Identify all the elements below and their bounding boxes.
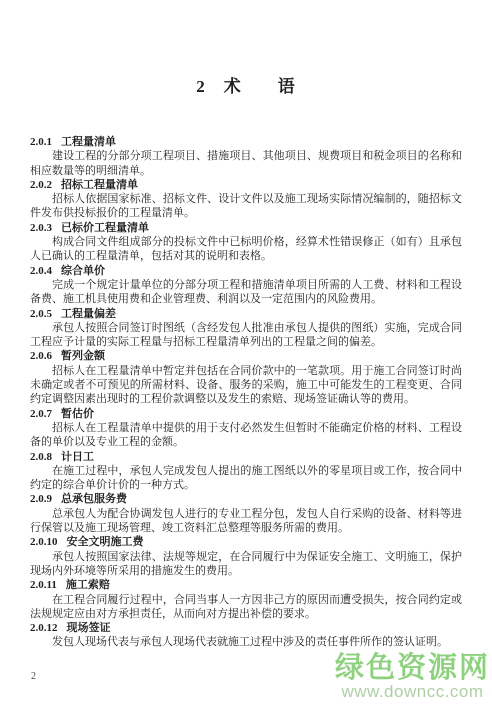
term-number: 2.0.6 xyxy=(30,350,52,362)
chapter-title: 2 术 语 xyxy=(0,0,492,97)
term-entry: 2.0.1工程量清单 建设工程的分部分项工程项目、措施项目、其他项目、规费项目和… xyxy=(30,135,462,178)
term-name: 已标价工程量清单 xyxy=(61,222,149,234)
term-definition: 完成一个规定计量单位的分部分项工程和措施清单项目所需的人工费、材料和工程设备费、… xyxy=(30,278,462,307)
term-definition: 总承包人为配合协调发包人进行的专业工程分包，发包人自行采购的设备、材料等进行保管… xyxy=(30,507,462,536)
term-heading: 2.0.9总承包服务费 xyxy=(30,492,462,506)
term-entry: 2.0.11施工索赔 在工程合同履行过程中，合同当事人一方因非己方的原因而遭受损… xyxy=(30,578,462,621)
term-name: 工程量清单 xyxy=(61,136,116,148)
term-number: 2.0.12 xyxy=(30,622,58,634)
term-number: 2.0.11 xyxy=(30,579,57,591)
term-definition: 在工程合同履行过程中，合同当事人一方因非己方的原因而遭受损失，按合同约定或法规规… xyxy=(30,593,462,622)
term-definition: 承包人按照国家法律、法规等规定，在合同履行中为保证安全施工、文明施工，保护现场内… xyxy=(30,550,462,579)
term-definition: 招标人在工程量清单中提供的用于支付必然发生但暂时不能确定价格的材料、工程设备的单… xyxy=(30,421,462,450)
document-page: 2 术 语 2.0.1工程量清单 建设工程的分部分项工程项目、措施项目、其他项目… xyxy=(0,0,492,704)
term-heading: 2.0.6暂列金额 xyxy=(30,349,462,363)
watermark-site-name: 绿色资源网 xyxy=(335,653,490,683)
term-entry: 2.0.2招标工程量清单 招标人依据国家标准、招标文件、设计文件以及施工现场实际… xyxy=(30,178,462,221)
term-name: 现场签证 xyxy=(67,622,111,634)
watermark: 绿色资源网 www.downcc.com xyxy=(335,653,490,701)
term-entry: 2.0.9总承包服务费 总承包人为配合协调发包人进行的专业工程分包，发包人自行采… xyxy=(30,492,462,535)
term-number: 2.0.5 xyxy=(30,308,52,320)
term-heading: 2.0.7暂估价 xyxy=(30,407,462,421)
term-number: 2.0.10 xyxy=(30,536,58,548)
term-number: 2.0.9 xyxy=(30,493,52,505)
term-heading: 2.0.4综合单价 xyxy=(30,264,462,278)
term-name: 招标工程量清单 xyxy=(61,179,138,191)
term-entry: 2.0.10安全文明施工费 承包人按照国家法律、法规等规定，在合同履行中为保证安… xyxy=(30,535,462,578)
term-definition: 招标人依据国家标准、招标文件、设计文件以及施工现场实际情况编制的，随招标文件发布… xyxy=(30,192,462,221)
term-definition: 构成合同文件组成部分的投标文件中已标明价格，经算术性错误修正（如有）且承包人已确… xyxy=(30,235,462,264)
term-name: 综合单价 xyxy=(61,265,105,277)
term-name: 施工索赔 xyxy=(66,579,110,591)
term-definition: 在施工过程中，承包人完成发包人提出的施工图纸以外的零星项目或工作，按合同中约定的… xyxy=(30,464,462,493)
term-heading: 2.0.11施工索赔 xyxy=(30,578,462,592)
term-entry: 2.0.6暂列金额 招标人在工程量清单中暂定并包括在合同价款中的一笔款项。用于施… xyxy=(30,349,462,406)
term-name: 总承包服务费 xyxy=(61,493,127,505)
term-heading: 2.0.3已标价工程量清单 xyxy=(30,221,462,235)
term-heading: 2.0.10安全文明施工费 xyxy=(30,535,462,549)
term-heading: 2.0.8计日工 xyxy=(30,450,462,464)
term-heading: 2.0.12现场签证 xyxy=(30,621,462,635)
term-definition: 发包人现场代表与承包人现场代表就施工过程中涉及的责任事件所作的签认证明。 xyxy=(30,635,462,649)
term-number: 2.0.2 xyxy=(30,179,52,191)
term-number: 2.0.8 xyxy=(30,451,52,463)
term-name: 安全文明施工费 xyxy=(67,536,144,548)
term-name: 暂列金额 xyxy=(61,350,105,362)
term-name: 工程量偏差 xyxy=(61,308,116,320)
term-heading: 2.0.2招标工程量清单 xyxy=(30,178,462,192)
term-heading: 2.0.5工程量偏差 xyxy=(30,307,462,321)
term-number: 2.0.3 xyxy=(30,222,52,234)
term-entry: 2.0.8计日工 在施工过程中，承包人完成发包人提出的施工图纸以外的零星项目或工… xyxy=(30,450,462,493)
term-definition: 招标人在工程量清单中暂定并包括在合同价款中的一笔款项。用于施工合同签订时尚未确定… xyxy=(30,364,462,407)
page-number: 2 xyxy=(31,671,36,682)
term-name: 计日工 xyxy=(61,451,94,463)
terms-list: 2.0.1工程量清单 建设工程的分部分项工程项目、措施项目、其他项目、规费项目和… xyxy=(0,135,492,650)
term-entry: 2.0.3已标价工程量清单 构成合同文件组成部分的投标文件中已标明价格，经算术性… xyxy=(30,221,462,264)
term-entry: 2.0.5工程量偏差 承包人按照合同签订时图纸（含经发包人批准由承包人提供的图纸… xyxy=(30,307,462,350)
term-name: 暂估价 xyxy=(61,408,94,420)
term-entry: 2.0.4综合单价 完成一个规定计量单位的分部分项工程和措施清单项目所需的人工费… xyxy=(30,264,462,307)
term-number: 2.0.1 xyxy=(30,136,52,148)
term-definition: 承包人按照合同签订时图纸（含经发包人批准由承包人提供的图纸）实施，完成合同工程应… xyxy=(30,321,462,350)
term-definition: 建设工程的分部分项工程项目、措施项目、其他项目、规费项目和税金项目的名称和相应数… xyxy=(30,149,462,178)
term-entry: 2.0.12现场签证 发包人现场代表与承包人现场代表就施工过程中涉及的责任事件所… xyxy=(30,621,462,650)
term-number: 2.0.4 xyxy=(30,265,52,277)
term-number: 2.0.7 xyxy=(30,408,52,420)
term-heading: 2.0.1工程量清单 xyxy=(30,135,462,149)
term-entry: 2.0.7暂估价 招标人在工程量清单中提供的用于支付必然发生但暂时不能确定价格的… xyxy=(30,407,462,450)
watermark-site-url: www.downcc.com xyxy=(335,683,490,701)
